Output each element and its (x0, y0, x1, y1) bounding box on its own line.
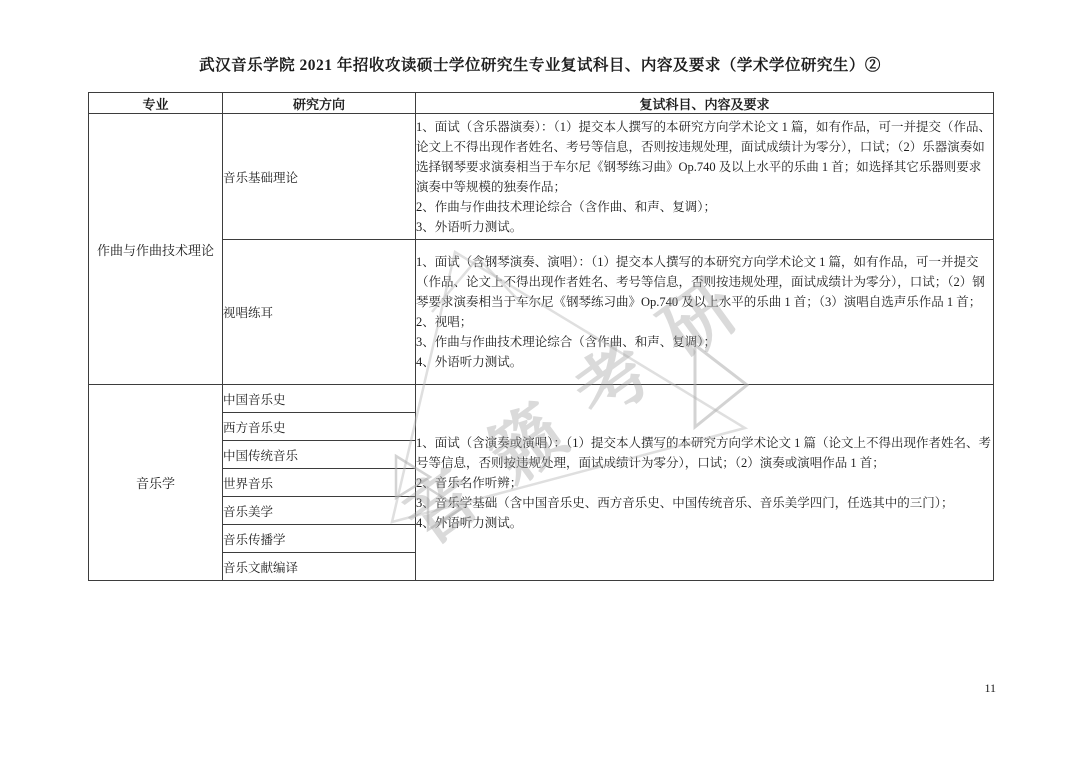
header-requirements: 复试科目、内容及要求 (416, 93, 994, 114)
retest-subjects-table: 专业 研究方向 复试科目、内容及要求 作曲与作曲技术理论 音乐基础理论 1、面试… (88, 92, 994, 581)
page-title: 武汉音乐学院 2021 年招收攻读硕士学位研究生专业复试科目、内容及要求（学术学… (0, 53, 1080, 75)
table-row: 作曲与作曲技术理论 音乐基础理论 1、面试（含乐器演奏）：（1）提交本人撰写的本… (89, 114, 994, 240)
direction-cell: 音乐美学 (223, 497, 416, 525)
major-cell-musicology: 音乐学 (89, 385, 223, 581)
header-research-direction: 研究方向 (223, 93, 416, 114)
direction-cell: 音乐传播学 (223, 525, 416, 553)
direction-cell: 中国音乐史 (223, 385, 416, 413)
table-row: 音乐学 中国音乐史 1、面试（含演奏或演唱）：（1）提交本人撰写的本研究方向学术… (89, 385, 994, 413)
direction-cell: 音乐基础理论 (223, 114, 416, 240)
direction-cell: 视唱练耳 (223, 240, 416, 385)
document-page: 武汉音乐学院 2021 年招收攻读硕士学位研究生专业复试科目、内容及要求（学术学… (0, 0, 1080, 763)
table-row: 视唱练耳 1、面试（含钢琴演奏、演唱）：（1）提交本人撰写的本研究方向学术论文 … (89, 240, 994, 385)
direction-cell: 中国传统音乐 (223, 441, 416, 469)
direction-cell: 西方音乐史 (223, 413, 416, 441)
table-header-row: 专业 研究方向 复试科目、内容及要求 (89, 93, 994, 114)
page-number: 11 (984, 681, 996, 696)
requirements-cell: 1、面试（含演奏或演唱）：（1）提交本人撰写的本研究方向学术论文 1 篇（论文上… (416, 385, 994, 581)
requirements-cell: 1、面试（含乐器演奏）：（1）提交本人撰写的本研究方向学术论文 1 篇，如有作品… (416, 114, 994, 240)
header-major: 专业 (89, 93, 223, 114)
requirements-cell: 1、面试（含钢琴演奏、演唱）：（1）提交本人撰写的本研究方向学术论文 1 篇，如… (416, 240, 994, 385)
major-cell-composition: 作曲与作曲技术理论 (89, 114, 223, 385)
direction-cell: 世界音乐 (223, 469, 416, 497)
direction-cell: 音乐文献编译 (223, 553, 416, 581)
